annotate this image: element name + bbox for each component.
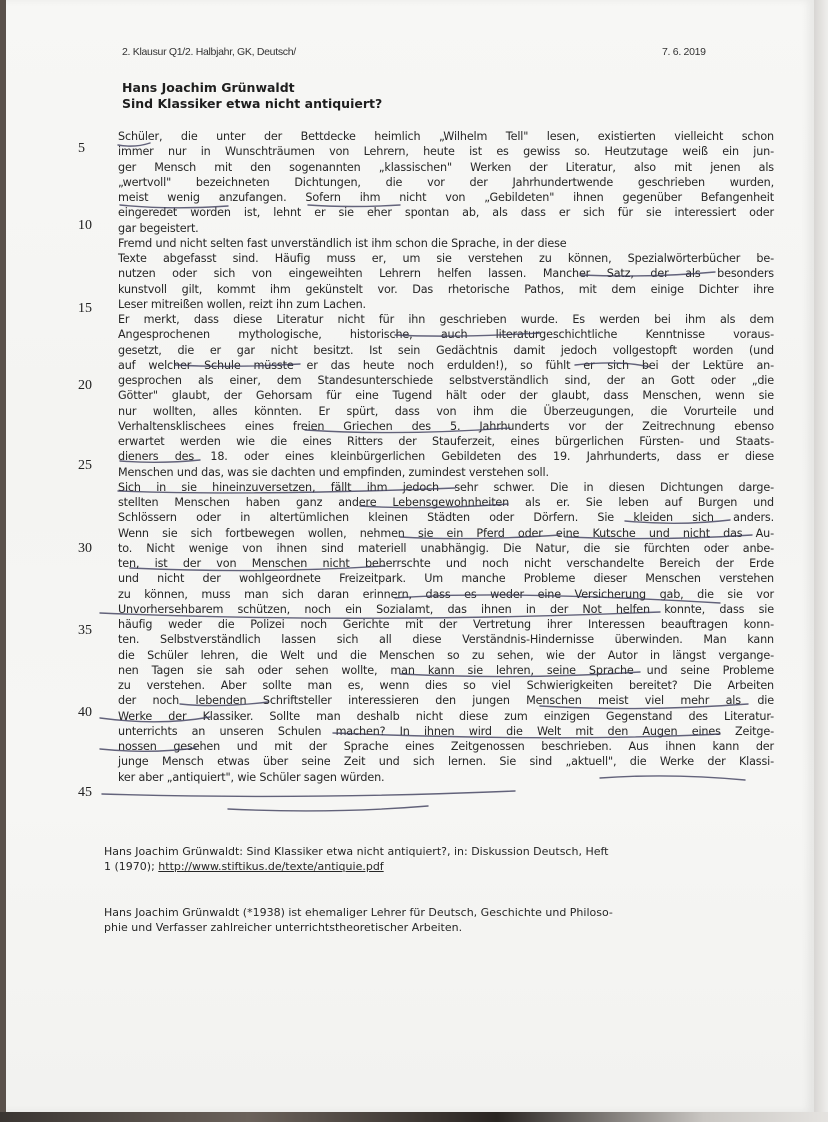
line-number: 30: [78, 541, 92, 557]
line-number: 25: [78, 458, 92, 474]
text-line: Schlössern oder in altertümlichen kleine…: [118, 510, 774, 525]
text-line: eingeredet worden ist, lehnt er sie eher…: [118, 205, 774, 220]
text-line: to. Nicht wenige von ihnen sind materiel…: [118, 541, 774, 556]
citation-line: Hans Joachim Grünwaldt: Sind Klassiker e…: [104, 844, 734, 859]
exam-date: 7. 6. 2019: [662, 46, 706, 58]
text-line: Menschen und das, was sie dachten und em…: [118, 465, 774, 480]
text-line: nutzen oder sich von eingeweihten Lehrer…: [118, 266, 774, 281]
line-number: 45: [78, 785, 92, 801]
text-line: Verhaltensklischees eines freien Grieche…: [118, 419, 774, 434]
text-line: ten. Selbstverständlich lassen sich all …: [118, 632, 774, 647]
text-line: junge Mensch etwas über seine Zeit und s…: [118, 754, 774, 769]
text-line: gesprochen als einer, dem Standesuntersc…: [118, 373, 774, 388]
page-header: 2. Klausur Q1/2. Halbjahr, GK, Deutsch/ …: [122, 46, 722, 58]
line-number: 20: [78, 378, 92, 394]
main-text: Schüler, die unter der Bettdecke heimlic…: [118, 129, 774, 785]
line-number: 40: [78, 705, 92, 721]
text-line: meist wenig anzufangen. Sofern ihm nicht…: [118, 190, 774, 205]
text-line: die Schüler lehren, die Welt und die Men…: [118, 648, 774, 663]
source-citation: Hans Joachim Grünwaldt: Sind Klassiker e…: [104, 844, 734, 874]
text-line: „wertvoll" bezeichneten Dichtungen, die …: [118, 175, 774, 190]
text-line: gar begeistert.: [118, 221, 774, 236]
text-line: Angesprochenen mythologische, historisch…: [118, 327, 774, 342]
text-line: immer nur in Wunschträumen von Lehrern, …: [118, 144, 774, 159]
text-line: erwartet werden wie die eines Ritters de…: [118, 434, 774, 449]
text-line: ker aber „antiquiert", wie Schüler sagen…: [118, 770, 774, 785]
line-number: 5: [78, 141, 85, 157]
author-bio: Hans Joachim Grünwaldt (*1938) ist ehema…: [104, 905, 734, 935]
text-line: Wenn sie sich fortbewegen wollen, nehmen…: [118, 526, 774, 541]
bio-line: phie und Verfasser zahlreicher unterrich…: [104, 920, 734, 935]
citation-line-2: 1 (1970); http://www.stiftikus.de/texte/…: [104, 859, 734, 874]
text-line: nur wollten, alles könnten. Er spürt, da…: [118, 404, 774, 419]
text-line: zu können, muss man sich daran erinnern,…: [118, 587, 774, 602]
text-line: und nicht der wohlgeordnete Freizeitpark…: [118, 571, 774, 586]
text-line: Werke der Klassiker. Sollte man deshalb …: [118, 709, 774, 724]
source-link[interactable]: http://www.stiftikus.de/texte/antiquie.p…: [158, 860, 383, 873]
text-line: nossen gesehen und mit der Sprache eines…: [118, 739, 774, 754]
text-line: Schüler, die unter der Bettdecke heimlic…: [118, 129, 774, 144]
text-title: Sind Klassiker etwa nicht antiquiert?: [122, 96, 382, 112]
text-line: auf welcher Schule müsste er das heute n…: [118, 358, 774, 373]
line-number: 10: [78, 218, 92, 234]
paper-edge-right: [814, 0, 828, 1122]
course-info: 2. Klausur Q1/2. Halbjahr, GK, Deutsch/: [122, 46, 296, 58]
text-line: unterrichts an unseren Schulen machen? I…: [118, 724, 774, 739]
text-line: nen Tagen sie sah oder sehen wollte, man…: [118, 663, 774, 678]
text-line: zu verstehen. Aber sollte man es, wenn d…: [118, 678, 774, 693]
bio-line: Hans Joachim Grünwaldt (*1938) ist ehema…: [104, 905, 734, 920]
text-line: Fremd und nicht selten fast unverständli…: [118, 236, 774, 251]
text-line: ger Mensch mit den sogenannten „klassisc…: [118, 160, 774, 175]
text-line: Götter" glaubt, der Gehorsam für eine Tu…: [118, 388, 774, 403]
text-line: stellten Menschen haben ganz andere Lebe…: [118, 495, 774, 510]
text-line: häufig weder die Polizei noch Gerichte m…: [118, 617, 774, 632]
title-block: Hans Joachim Grünwaldt Sind Klassiker et…: [122, 80, 382, 112]
text-line: Sich in sie hineinzuversetzen, fällt ihm…: [118, 480, 774, 495]
photo-background-bottom: [0, 1112, 828, 1122]
text-line: dieners des 18. oder eines kleinbürgerli…: [118, 449, 774, 464]
text-line: Unvorhersehbarem schützen, noch ein Sozi…: [118, 602, 774, 617]
text-line: gesetzt, die er gar nicht besitzt. Ist s…: [118, 343, 774, 358]
text-line: kunstvoll gilt, kommt ihm gekünstelt vor…: [118, 282, 774, 297]
text-line: der noch lebenden Schriftsteller interes…: [118, 693, 774, 708]
line-number: 35: [78, 623, 92, 639]
text-line: Texte abgefasst sind. Häufig muss er, um…: [118, 251, 774, 266]
citation-issue: 1 (1970);: [104, 860, 158, 873]
line-number: 15: [78, 301, 92, 317]
text-line: Er merkt, dass diese Literatur nicht für…: [118, 312, 774, 327]
author-name: Hans Joachim Grünwaldt: [122, 80, 382, 96]
text-line: ten, ist der von Menschen nicht beherrsc…: [118, 556, 774, 571]
text-line: Leser mitreißen wollen, reizt ihn zum La…: [118, 297, 774, 312]
